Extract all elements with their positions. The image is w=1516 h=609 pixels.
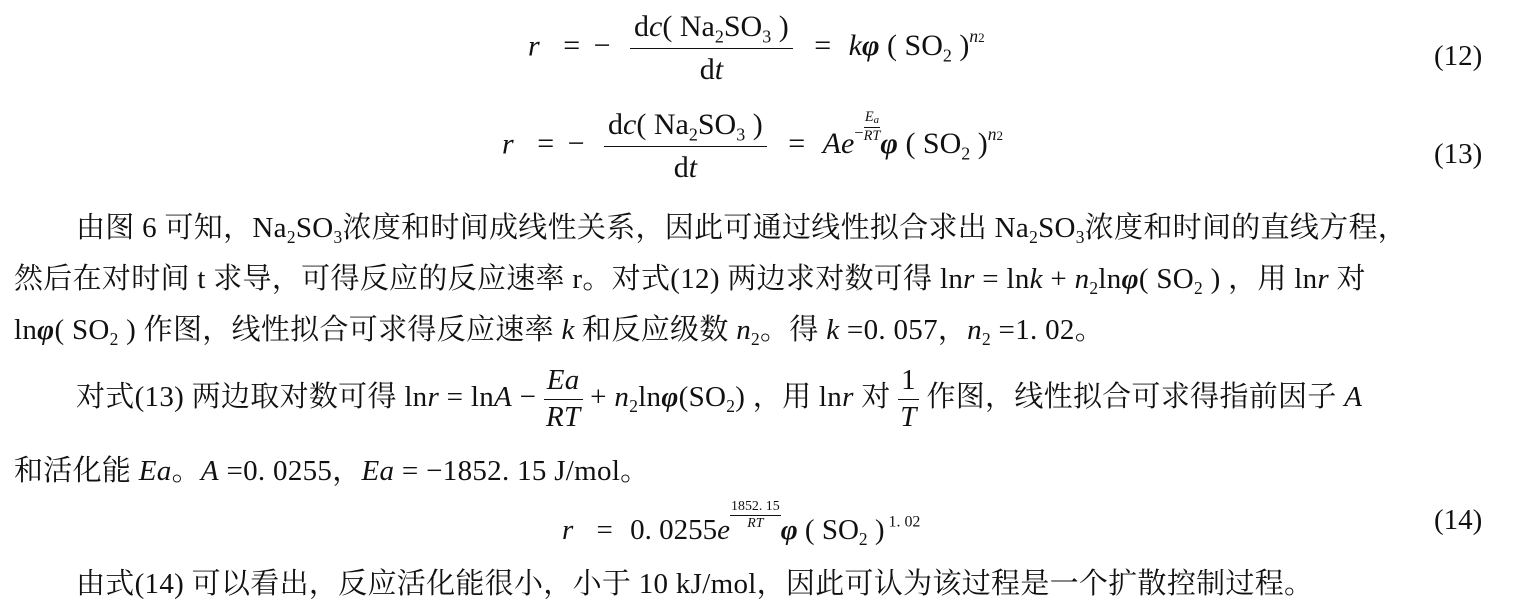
eq12-minus: − [594,29,611,62]
equation-number-12: (12) [1434,40,1482,73]
eq12-denominator: dt [630,49,793,87]
eq12-numerator: dc( Na2SO3 ) [630,10,793,49]
equation-number-13: (13) [1434,138,1482,171]
eq12-equals: = [563,29,580,62]
paragraph-1-line-3: lnφ( SO2 ) 作图，线性拟合可求得反应速率 k 和反应级数 n2。得 k… [14,307,1104,348]
eq12-rhs: kφ ( SO2 )n2 [849,29,985,62]
eq13-fraction: dc( Na2SO3 ) dt [604,108,767,185]
equation-12: r = − dc( Na2SO3 ) dt = kφ ( SO2 )n2 [528,10,985,87]
eq12-lhs: r [528,29,540,62]
eq13-rhs: Ae−EaRTφ ( SO2 )n2 [823,127,1003,160]
equation-14: r = 0. 0255e1852. 15RTφ ( SO2 ) 1. 02 [562,500,920,547]
paragraph-2-line-2: 和活化能 Ea。A =0. 0255，Ea = −1852. 15 J/mol。 [14,448,649,489]
eq13-numerator: dc( Na2SO3 ) [604,108,767,147]
eq13-equals: = [537,127,554,160]
eq14-equals: = [597,514,613,546]
eq13-minus: − [568,127,585,160]
paragraph-1-line-2: 然后在对时间 t 求导，可得反应的反应速率 r。对式(12) 两边求对数可得 l… [14,256,1366,297]
equation-number-14: (14) [1434,504,1482,537]
eq14-rhs: 0. 0255e1852. 15RTφ ( SO2 ) 1. 02 [630,514,920,546]
equation-13: r = − dc( Na2SO3 ) dt = Ae−EaRTφ ( SO2 )… [502,108,1003,185]
one-over-t-fraction: 1T [898,365,919,434]
paragraph-1-line-1: 由图 6 可知，Na2SO3浓度和时间成线性关系，因此可通过线性拟合求出 Na2… [76,205,1407,246]
eq14-lhs: r [562,514,573,546]
paragraph-2-line-1: 对式(13) 两边取对数可得 lnr = lnA − EaRT + n2lnφ(… [76,365,1362,434]
ea-over-rt-fraction: EaRT [544,365,583,434]
eq13-denominator: dt [604,147,767,185]
eq13-lhs: r [502,127,514,160]
eq12-fraction: dc( Na2SO3 ) dt [630,10,793,87]
paragraph-3-line-1: 由式(14) 可以看出，反应活化能很小，小于 10 kJ/mol，因此可认为该过… [76,561,1313,602]
